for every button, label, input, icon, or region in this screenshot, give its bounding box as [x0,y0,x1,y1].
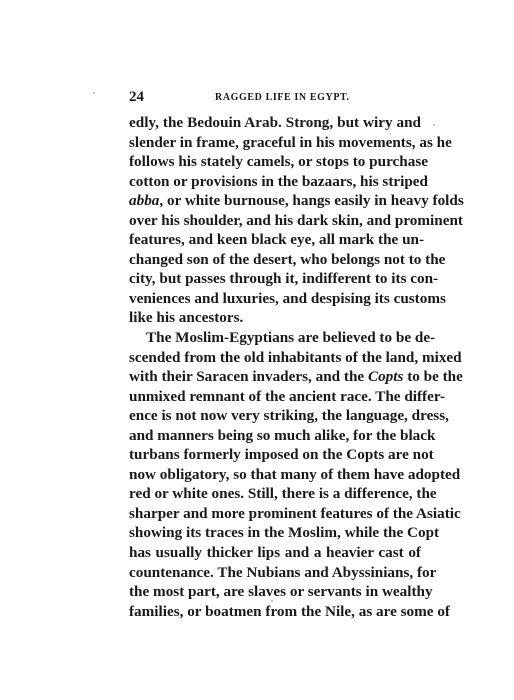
text-line: has usually thicker lips and a heavier c… [129,543,421,563]
text-line: city, but passes through it, indifferent… [129,269,421,289]
text-line: follows his stately camels, or stops to … [129,152,421,172]
text-line: countenance. The Nubians and Abyssinians… [129,563,421,583]
text-line: scended from the old inhabitants of the … [129,348,421,368]
text-line: like his ancestors. [129,308,421,328]
text-span: to be the [403,368,462,385]
text-line: unmixed remnant of the ancient race. The… [129,387,421,407]
text-line: showing its traces in the Moslim, while … [129,523,421,543]
text-line: sharper and more prominent features of t… [129,504,421,524]
text-line: edly, the Bedouin Arab. Strong, but wiry… [129,113,421,133]
text-line: The Moslim-Egyptians are believed to be … [129,328,421,348]
page-header: 24 RAGGED LIFE IN EGYPT. [129,89,421,107]
text-line: with their Saracen invaders, and the Cop… [129,367,421,387]
italic-term-copts: Copts [368,368,403,385]
text-span: , or white burnouse, hangs easily in hea… [159,192,463,209]
page-number: 24 [129,89,144,106]
text-line: the most part, are slaves or servants in… [129,582,421,602]
scan-speck [271,600,273,602]
italic-term-abba: abba [129,192,159,209]
text-line: cotton or provisions in the bazaars, his… [129,172,421,192]
text-line: changed son of the desert, who belongs n… [129,250,421,270]
text-line: veniences and luxuries, and despising it… [129,289,421,309]
text-span: with their Saracen invaders, and the [129,368,368,385]
text-line: over his shoulder, and his dark skin, an… [129,211,421,231]
text-line: red or white ones. Still, there is a dif… [129,484,421,504]
text-line: ence is not now very striking, the langu… [129,406,421,426]
text-line: turbans formerly imposed on the Copts ar… [129,445,421,465]
page-body: edly, the Bedouin Arab. Strong, but wiry… [129,113,421,621]
scan-speck [93,92,95,94]
text-line: abba, or white burnouse, hangs easily in… [129,191,421,211]
text-line: now obligatory, so that many of them hav… [129,465,421,485]
paragraph-2: The Moslim-Egyptians are believed to be … [129,328,421,621]
text-line: slender in frame, graceful in his moveme… [129,133,421,153]
running-head: RAGGED LIFE IN EGYPT. [215,92,350,103]
text-line: features, and keen black eye, all mark t… [129,230,421,250]
text-line: and manners being so much alike, for the… [129,426,421,446]
text-line: families, or boatmen from the Nile, as a… [129,602,421,622]
paragraph-1: edly, the Bedouin Arab. Strong, but wiry… [129,113,421,328]
scan-speck [433,124,435,126]
